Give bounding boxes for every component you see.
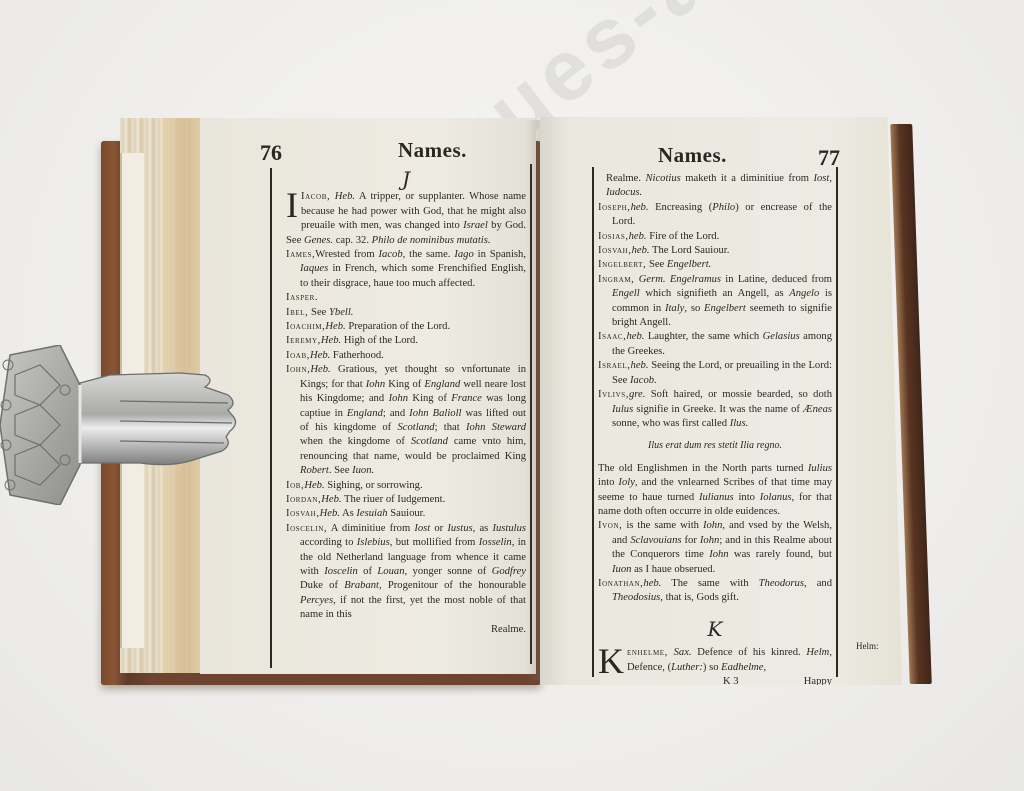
entry-ioscelin: Ioscelin, A diminitiue from Iost or Iust… xyxy=(286,522,526,623)
entry-iasper: Iasper. xyxy=(286,291,526,305)
entry-ioseph: Ioseph,heb. Encreasing (Philo) or encrea… xyxy=(598,201,832,230)
entry-kenhelme: Kenhelme, Sax. Defence of his kinred. He… xyxy=(598,646,832,675)
entry-ingelbert: Ingelbert, See Engelbert. xyxy=(598,258,832,272)
entry-ioachim: Ioachim,Heb. Preparation of the Lord. xyxy=(286,320,526,334)
signature-mark: K 3 xyxy=(723,675,739,689)
running-head-right: Names. xyxy=(658,143,727,168)
section-letter-k: K xyxy=(598,622,832,636)
photo-scene: www.antiques-and-collectables.co.nz 76 N… xyxy=(0,0,1024,791)
hand-cuff xyxy=(0,345,80,505)
right-page: Names. 77 Realme. Nicotius maketh it a d… xyxy=(540,117,902,685)
entry-ingram: Ingram, Germ. Engelramus in Latine, dedu… xyxy=(598,273,832,331)
page-number-left: 76 xyxy=(260,140,282,166)
entry-iob: Iob,Heb. Sighing, or sorrowing. xyxy=(286,479,526,493)
entry-ivon: Ivon, is the same with Iohn, and vsed by… xyxy=(598,519,832,577)
catchword-left: Realme. xyxy=(286,623,526,637)
entry-isaac: Isaac,heb. Laughter, the same which Gela… xyxy=(598,330,832,359)
running-head-left: Names. xyxy=(398,138,467,163)
latin-quote: Ilus erat dum res stetit Ilia regno. xyxy=(598,439,832,453)
entry-iordan: Iordan,Heb. The riuer of Iudgement. xyxy=(286,493,526,507)
entry-ibel: Ibel, See Ybell. xyxy=(286,306,526,320)
catchword-right: Happy xyxy=(804,675,832,689)
continuation-line: Realme. Nicotius maketh it a diminitiue … xyxy=(598,172,832,201)
entry-ioab: Ioab,Heb. Fatherhood. xyxy=(286,349,526,363)
right-page-text: Realme. Nicotius maketh it a diminitiue … xyxy=(598,172,832,689)
entry-iosias: Iosias,heb. Fire of the Lord. xyxy=(598,230,832,244)
left-page: 76 Names. J IIacob, Heb. A tripper, or s… xyxy=(200,118,536,674)
page-footer-right: K 3 Happy xyxy=(627,675,832,689)
column-rule-left xyxy=(592,167,594,677)
hand-fingers xyxy=(80,373,236,465)
entry-israel: Israel,heb. Seeing the Lord, or preuaili… xyxy=(598,359,832,388)
margin-note: Helm: xyxy=(856,641,879,651)
entry-ieremy: Ieremy,Heb. High of the Lord. xyxy=(286,334,526,348)
left-page-text: J IIacob, Heb. A tripper, or supplanter.… xyxy=(286,170,526,637)
entry-iohn: Iohn,Heb. Gratious, yet thought so vnfor… xyxy=(286,363,526,478)
entry-iosvah: Iosvah,heb. The Lord Sauiour. xyxy=(598,244,832,258)
paragraph-englishmen: The old Englishmen in the North parts tu… xyxy=(598,462,832,520)
column-rule-right xyxy=(836,167,838,677)
entry-ivlivs: Ivlivs,gre. Soft haired, or mossie beard… xyxy=(598,388,832,431)
entry-iames: Iames,Wrested from Iacob, the same. Iago… xyxy=(286,248,526,291)
entry-iosvah: Iosvah,Heb. As Iesuiah Sauiour. xyxy=(286,507,526,521)
section-letter-j: J xyxy=(286,172,526,186)
entry-iacob: IIacob, Heb. A tripper, or supplanter. W… xyxy=(286,190,526,248)
entry-ionathan: Ionathan,heb. The same with Theodorus, a… xyxy=(598,577,832,606)
silver-hand-clip xyxy=(0,345,240,505)
column-rule-left xyxy=(270,168,272,668)
